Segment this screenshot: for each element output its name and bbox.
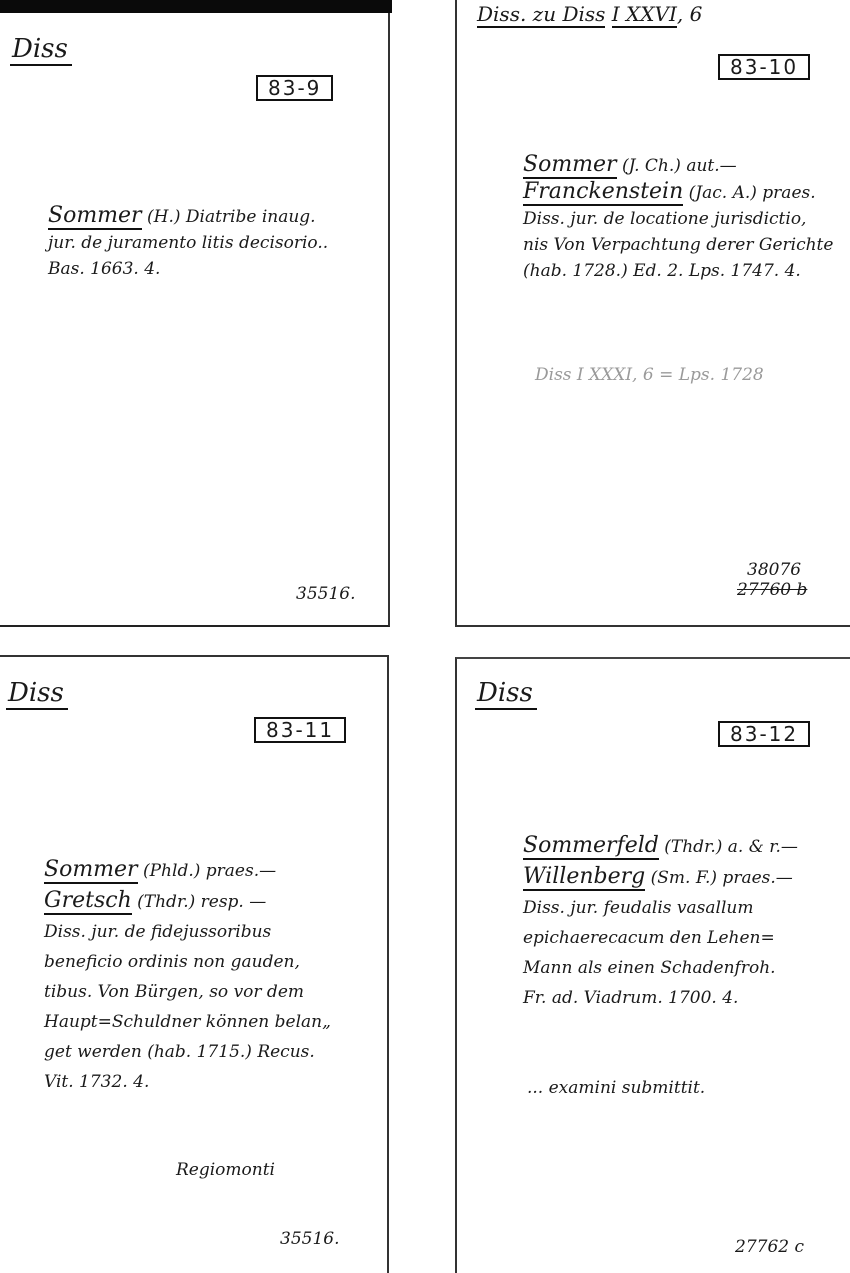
call-number: 83-10 [718, 54, 810, 80]
entry-line: get werden (hab. 1715.) Recus. [44, 1037, 331, 1067]
catalog-entry: Sommerfeld (Thdr.) a. & r.— Willenberg (… [523, 831, 798, 1013]
entry-line: (H.) Diatribe inaug. [142, 207, 316, 227]
catalog-entry: Sommer (Phld.) praes.— Gretsch (Thdr.) r… [44, 855, 331, 1097]
accession-number: 35516. [280, 1229, 339, 1249]
dis-mark: Diss [10, 35, 72, 66]
cross-reference-note: Diss. zu Diss I XXVI, 6 [477, 2, 702, 26]
call-number: 83-9 [256, 75, 333, 101]
catalog-card-83-9: Diss 83-9 Sommer (H.) Diatribe inaug. ju… [0, 13, 390, 627]
praeses-surname: Willenberg [523, 864, 645, 891]
scan-top-border [0, 0, 392, 13]
accession-number: 27762 c [735, 1237, 804, 1257]
catalog-card-83-12: Diss 83-12 Sommerfeld (Thdr.) a. & r.— W… [455, 657, 850, 1273]
entry-line: jur. de juramento litis decisorio.. [48, 230, 328, 256]
accession-number: 38076 [747, 560, 801, 580]
respondent-surname: Gretsch [44, 888, 132, 915]
entry-line: Bas. 1663. 4. [48, 256, 328, 282]
call-number: 83-12 [718, 721, 810, 747]
catalog-card-83-10: Diss. zu Diss I XXVI, 6 83-10 Sommer (J.… [455, 0, 850, 627]
praeses-surname: Franckenstein [523, 179, 683, 206]
entry-line: tibus. Von Bürgen, so vor dem [44, 977, 331, 1007]
entry-line: beneficio ordinis non gauden, [44, 947, 331, 977]
entry-line: epichaerecacum den Lehen= [523, 923, 798, 953]
entry-line: (hab. 1728.) Ed. 2. Lps. 1747. 4. [523, 258, 833, 284]
catalog-entry: Sommer (H.) Diatribe inaug. jur. de jura… [48, 203, 328, 282]
entry-line: Diss. jur. feudalis vasallum [523, 893, 798, 923]
entry-line: Diss. jur. de locatione jurisdictio, [523, 206, 833, 232]
entry-line: Haupt=Schuldner können belan„ [44, 1007, 331, 1037]
accession-number: 35516. [296, 584, 355, 604]
call-number: 83-11 [254, 717, 346, 743]
entry-line: nis Von Verpachtung derer Gerichte [523, 232, 833, 258]
place-note: Regiomonti [176, 1157, 275, 1183]
catalog-entry: Sommer (J. Ch.) aut.— Franckenstein (Jac… [523, 152, 833, 284]
author-surname: Sommer [523, 152, 617, 179]
pencil-note: Diss I XXXI, 6 = Lps. 1728 [535, 362, 764, 388]
dis-mark: Diss [475, 679, 537, 710]
entry-line: Vit. 1732. 4. [44, 1067, 331, 1097]
praeses-surname: Sommer [44, 857, 138, 884]
entry-line: Fr. ad. Viadrum. 1700. 4. [523, 983, 798, 1013]
author-surname: Sommerfeld [523, 833, 659, 860]
dis-mark: Diss [6, 679, 68, 710]
entry-line: Mann als einen Schadenfroh. [523, 953, 798, 983]
old-accession-number: 27760 b [737, 580, 807, 600]
author-surname: Sommer [48, 203, 142, 230]
catalog-card-83-11: Diss 83-11 Sommer (Phld.) praes.— Gretsc… [0, 655, 389, 1273]
entry-line: Diss. jur. de fidejussoribus [44, 917, 331, 947]
place-note: ... examini submittit. [527, 1075, 705, 1101]
